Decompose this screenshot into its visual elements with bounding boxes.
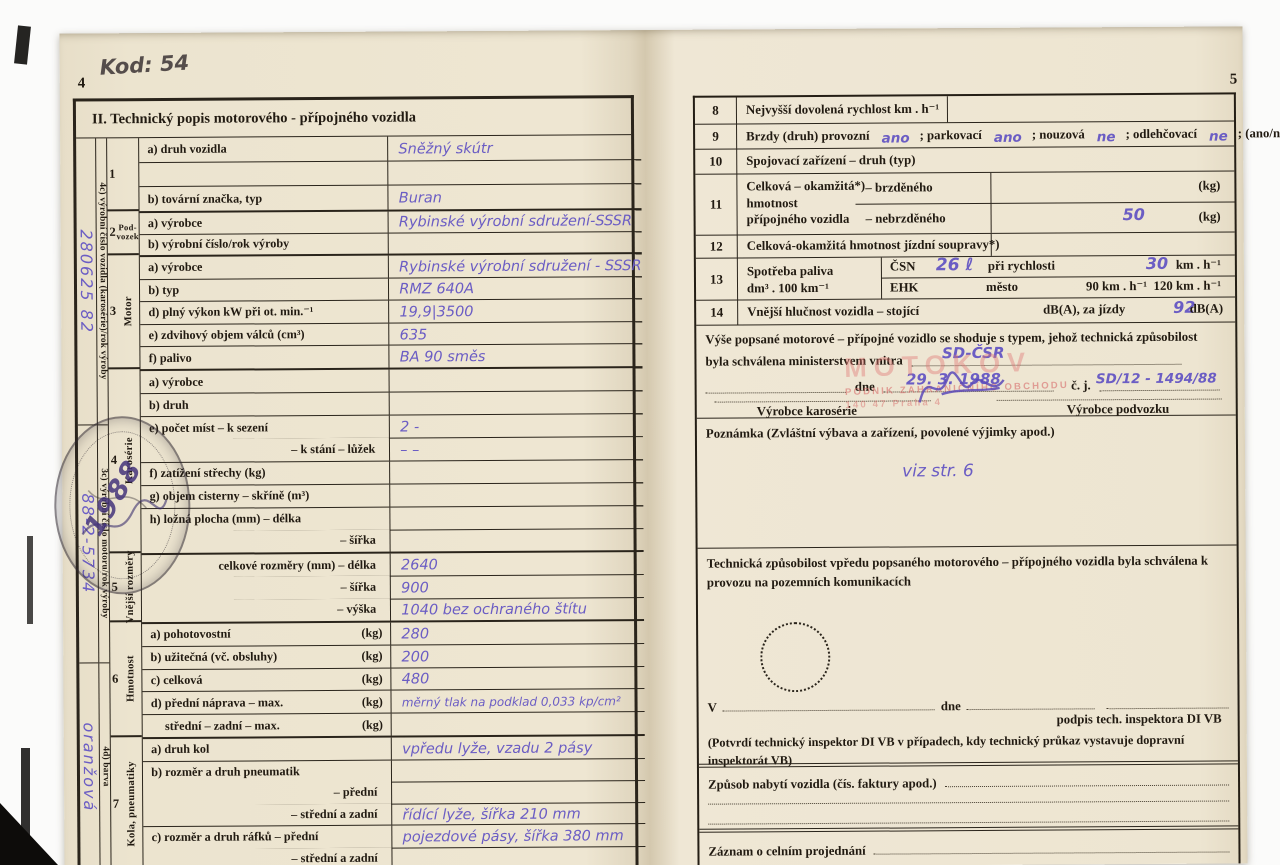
table-row: a) druh kolvpředu lyže, vzadu 2 pásy	[143, 736, 644, 761]
row-8-label: Nejvyšší dovolená rychlost km . h⁻¹	[746, 102, 939, 118]
section-cell-2: 2Pod-vozek	[107, 211, 139, 255]
table-row	[140, 159, 642, 187]
row-value-cell: 200	[390, 644, 643, 667]
cj-label: č. j.	[1071, 378, 1091, 392]
row-handwritten-value: Buran	[399, 190, 442, 206]
ehk-120-label: 120 km . h⁻¹	[1153, 279, 1221, 294]
customs-line: Záznam o celním projednání	[708, 837, 1229, 861]
row-label: a) pohotovostní	[150, 627, 230, 642]
row-9-number: 9	[695, 124, 737, 148]
table-row: d) přední náprava – max.(kg)měrný tlak n…	[143, 688, 644, 714]
row-handwritten-value: Sněžný skútr	[398, 141, 492, 158]
csn-value: 26 ℓ	[936, 255, 974, 275]
row-label-cell: celkové rozměry (mm) – délka	[142, 554, 390, 578]
margin-printed-label: 4c) výrobní číslo vozidla (karosérie)/ro…	[96, 183, 107, 380]
row-11-number: 11	[695, 174, 737, 234]
row-label-cell: e) počet míst – k sezení	[141, 416, 389, 440]
csn-unit: km . h⁻¹	[1176, 258, 1221, 273]
row-handwritten-value: Rybinské výrobní sdružení - SSSR	[399, 258, 641, 275]
row-label: – střední a zadní	[291, 806, 377, 822]
row-label-cell: a) výrobce	[140, 212, 388, 234]
row-handwritten-value: 200	[401, 649, 429, 665]
row-label: a) výrobce	[148, 216, 202, 231]
row-label-cell: – střední a zadní	[144, 847, 392, 865]
section-name: Motor	[123, 296, 134, 326]
row-value-cell	[389, 391, 642, 415]
row-label: b) typ	[148, 283, 179, 298]
row-value-cell	[389, 368, 642, 392]
table-row: – střední a zadnířídící lyže, šířka 210 …	[143, 802, 644, 827]
table-row: – k stání – lůžek– –	[141, 436, 642, 461]
row-label-cell: b) druh	[141, 393, 389, 417]
brake-answer-hand: ne	[1209, 128, 1228, 144]
row-value-cell: 635	[388, 322, 641, 345]
row-handwritten-value: pojezdové pásy, šířka 380 mm	[403, 828, 624, 845]
row-label: – přední	[334, 785, 378, 800]
margin-printed-cell: 4c) výrobní číslo vozidla (karosérie)/ro…	[96, 138, 108, 425]
section-rows-1: a) druh vozidlaSněžný skútrb) tovární zn…	[139, 135, 641, 211]
table-row: – šířka	[142, 528, 643, 553]
row-label-cell: – šířka	[142, 576, 390, 600]
csn-label: ČSN	[890, 259, 916, 274]
row-handwritten-value: 1040 bez ochraného štítu	[401, 602, 587, 619]
section-number: 2	[109, 225, 115, 240]
table-row: b) tovární značka, typBuran	[140, 183, 642, 211]
row-11-label-l2: hmotnost	[746, 194, 865, 211]
row-label-cell: b) užitečná (vč. obsluhy)(kg)	[142, 645, 390, 668]
row-10-label: Spojovací zařízení – druh (typ)	[746, 153, 915, 169]
noise-unit: dB(A)	[1190, 302, 1224, 317]
row-label: f) palivo	[149, 350, 192, 365]
unbraked-value: 50	[1123, 205, 1145, 224]
row-12-number: 12	[696, 235, 738, 257]
margin-hand-cell: 280625 82	[76, 138, 97, 425]
row-label-cell: a) druh vozidla	[139, 137, 387, 162]
section-rows-6: a) pohotovostní(kg)280b) užitečná (vč. o…	[142, 619, 644, 737]
row-handwritten-value: 2640	[401, 557, 438, 573]
row-label-cell: – střední a zadní	[143, 803, 391, 826]
section-cell-7: 7Kola, pneumatiky	[111, 737, 143, 865]
row-label-cell: g) objem cisterny – skříně (m³)	[141, 484, 389, 508]
row-label-cell: f) zatížení střechy (kg)	[141, 461, 389, 485]
row-label: f) zatížení střechy (kg)	[149, 465, 265, 481]
dne-label: dne	[855, 380, 875, 394]
row-value-cell: pojezdové pásy, šířka 380 mm	[392, 824, 645, 847]
row-label: – výška	[337, 602, 376, 617]
row-value-cell: 480	[391, 667, 644, 690]
braked-unit: (kg)	[1198, 179, 1220, 194]
row-value-cell: 280	[390, 621, 643, 644]
ehk-label: EHK	[890, 280, 919, 295]
row-value-cell: Buran	[388, 184, 641, 209]
row-label: b) výrobní číslo/rok výroby	[148, 236, 289, 252]
margin-printed-cell: 3c) výrobní číslo motoru/rok výroby	[98, 425, 109, 663]
row-14: 14 Vnější hlučnost vozidla – stojící dB(…	[696, 296, 1235, 324]
row-label-cell: – k stání – lůžek	[141, 438, 389, 462]
unbraked-label: – nebrzděného	[866, 211, 946, 226]
approval-section: Technická způsobilost vpředu popsaného m…	[698, 544, 1238, 763]
row-label-cell: c) rozměr a druh ráfků – přední	[144, 826, 392, 849]
row-label-cell: e) zdvihový objem válců (cm³)	[141, 323, 389, 346]
section-cell-3: 3Motor	[108, 255, 140, 369]
row-11-hdivider	[856, 201, 1235, 204]
paper-spread: 4 Kod: 54 II. Technický popis motorového…	[59, 26, 1247, 865]
acquisition-label: Způsob nabytí vozidla (čís. faktury apod…	[708, 774, 937, 794]
cj-dotted-line: SD/12 - 1494/88	[1100, 376, 1220, 392]
row-value-cell: řídící lyže, šířka 210 mm	[391, 802, 644, 825]
row-label-cell: a) pohotovostní(kg)	[142, 623, 390, 646]
row-label: b) užitečná (vč. obsluhy)	[150, 649, 277, 665]
row-label: e) zdvihový objem válců (cm³)	[149, 327, 305, 343]
section-name: Hmotnost	[125, 655, 136, 702]
margin-printed-label: 4d) barva	[100, 747, 110, 787]
row-13-number: 13	[696, 258, 738, 299]
row-8-number: 8	[695, 97, 737, 123]
row-label: b) tovární značka, typ	[148, 191, 263, 207]
row-label-cell: – výška	[142, 598, 390, 622]
noise-label: Vnější hlučnost vozidla – stojící	[747, 304, 919, 320]
margin-handwritten-value: 88-2-5734	[78, 493, 98, 594]
row-label-cell: b) výrobní číslo/rok výroby	[140, 233, 388, 255]
table-row: f) palivoBA 90 směs	[141, 343, 642, 369]
row-value-cell: 2 -	[389, 414, 642, 438]
row-value-cell: Rybinské výrobní sdružení - SSSR	[388, 254, 641, 277]
row-label: h) ložná plocha (mm) – délka	[150, 511, 301, 527]
left-technical-table: II. Technický popis motorového - přípojn…	[73, 95, 639, 865]
margin-hand-cell: 88-2-5734	[78, 425, 98, 663]
approval-dne-label: dne	[941, 697, 961, 716]
row-handwritten-value: řídící lyže, šířka 210 mm	[402, 806, 580, 823]
left-table-rows: a) druh vozidlaSněžný skútrb) tovární zn…	[139, 135, 645, 865]
maker-body-dotted-line	[715, 400, 931, 402]
fuel-label-l1: Spotřeba paliva	[747, 263, 834, 280]
table-row: celkové rozměry (mm) – délka2640	[142, 552, 643, 577]
section-number: 7	[113, 796, 119, 811]
table-row: b) druh	[141, 390, 642, 416]
table-row: střední – zadní – max.(kg)	[143, 711, 644, 737]
customs-section: Záznam o celním projednání	[699, 825, 1238, 865]
row-9-content: Brzdy (druh) provozníano; parkovacíano; …	[737, 121, 1280, 148]
ehk-90-label: 90 km . h⁻¹	[1086, 279, 1147, 294]
table-row: – šířka900	[142, 574, 643, 599]
section-rows-3: a) výrobceRybinské výrobní sdružení - SS…	[140, 252, 642, 369]
row-handwritten-value: 480	[402, 672, 430, 688]
row-label-cell: b) rozměr a druh pneumatik	[143, 760, 391, 783]
row-value-cell	[391, 712, 644, 735]
row-unit: (kg)	[362, 672, 383, 687]
acquisition-dotted-3	[708, 820, 1229, 824]
acquisition-line: Způsob nabytí vozidla (čís. faktury apod…	[708, 770, 1229, 794]
row-label-cell: f) palivo	[141, 346, 389, 369]
row-10-number: 10	[695, 149, 737, 173]
section-rows-5: celkové rozměry (mm) – délka2640– šířka9…	[142, 550, 644, 622]
table-row: a) pohotovostní(kg)280	[142, 621, 643, 646]
brake-label-part: ; parkovací	[920, 127, 982, 142]
unbraked-unit: (kg)	[1199, 210, 1221, 225]
row-value-cell: 900	[390, 574, 643, 598]
table-row: c) rozměr a druh ráfků – přednípojezdové…	[144, 823, 645, 849]
margin-hand-cell: oranžová	[79, 663, 99, 865]
row-value-cell	[391, 780, 644, 803]
row-8-content: Nejvyšší dovolená rychlost km . h⁻¹	[737, 94, 1234, 123]
section-cell-5: 5Vnější rozměry	[109, 553, 141, 622]
row-label: a) výrobce	[148, 260, 202, 275]
row-11-label: Celková – okamžitá*) hmotnost přípojného…	[746, 178, 865, 229]
scan-artifact-top-left	[14, 25, 31, 64]
signature-caption: podpis tech. inspektora DI VB	[1057, 712, 1222, 728]
row-11-label-l1: Celková – okamžitá*)	[746, 178, 865, 195]
table-row: d) plný výkon kW při ot. min.⁻¹19,9|3500	[140, 298, 641, 324]
row-unit: (kg)	[362, 694, 383, 709]
row-value-cell	[389, 460, 642, 484]
section-rows-4: a) výrobceb) druhe) počet míst – k sezen…	[141, 366, 643, 553]
ehk-city-label: město	[986, 280, 1018, 295]
maker-chassis-dotted-line	[997, 399, 1222, 401]
row-label: b) druh	[149, 398, 189, 413]
row-value-cell: RMZ 640A	[388, 277, 641, 300]
section-rows-2: a) výrobceRybinské výrobní sdružení-SSSR…	[140, 208, 642, 255]
table-row: c) celková(kg)480	[143, 666, 644, 692]
row-12-divider	[991, 234, 992, 256]
row-value-cell: – –	[389, 436, 642, 460]
note-handwritten: viz str. 6	[902, 461, 974, 481]
brake-label-part: ; nouzová	[1032, 127, 1085, 142]
row-label-cell: d) plný výkon kW při ot. min.⁻¹	[140, 301, 388, 324]
brakes-line: Brzdy (druh) provozníano; parkovacíano; …	[737, 121, 1280, 148]
acquisition-section: Způsob nabytí vozidla (čís. faktury apod…	[699, 760, 1238, 828]
row-11: 11 Celková – okamžitá*) hmotnost přípojn…	[695, 170, 1234, 234]
row-label-cell: a) výrobce	[141, 370, 389, 394]
row-value-cell	[391, 759, 644, 782]
section-cell-6: 6Hmotnost	[110, 622, 142, 737]
row-handwritten-value: 2 -	[400, 420, 419, 436]
fuel-label: Spotřeba paliva dm³ . 100 km⁻¹	[747, 263, 834, 297]
brake-label-part: Brzdy (druh) provozní	[746, 128, 870, 144]
margin-handwritten-value: oranžová	[80, 722, 100, 812]
row-handwritten-value: – –	[400, 442, 419, 458]
row-label-cell: h) ložná plocha (mm) – délka	[142, 507, 390, 531]
table-row: e) zdvihový objem válců (cm³)635	[140, 321, 641, 347]
row-unit: (kg)	[361, 626, 382, 641]
brake-answer-hand: ne	[1097, 129, 1116, 145]
csn-speed-value: 30	[1146, 254, 1168, 273]
v-label: V	[708, 699, 717, 718]
fuel-label-l2: dm³ . 100 km⁻¹	[747, 280, 834, 297]
table-row: b) typRMZ 640A	[140, 276, 641, 302]
section-name: Vnější rozměry	[125, 550, 136, 623]
row-label: – šířka	[340, 580, 376, 595]
row-value-cell	[389, 483, 642, 507]
customs-label: Záznam o celním projednání	[708, 842, 865, 862]
section-name: Pod-vozek	[116, 223, 139, 242]
brake-answer-hand: ano	[994, 130, 1022, 146]
table-row: a) druh vozidlaSněžný skútr	[139, 135, 640, 162]
row-11-content: Celková – okamžitá*) hmotnost přípojného…	[737, 171, 1234, 234]
section-number: 6	[112, 671, 118, 686]
row-value-cell: Rybinské výrobní sdružení-SSSR	[388, 210, 641, 232]
place-dotted-line	[706, 378, 846, 394]
row-value-cell: vpředu lyže, vzadu 2 pásy	[391, 736, 644, 759]
row-handwritten-value: Rybinské výrobní sdružení-SSSR	[399, 213, 632, 230]
section-name: Karosérie	[124, 437, 135, 484]
row-label-cell: – přední	[143, 782, 391, 805]
conformity-line2-prefix: byla schválena ministerstvem vnitra	[705, 353, 902, 368]
row-value-cell: Sněžný skútr	[387, 135, 640, 160]
noise-mid-label: dB(A), za jízdy	[1043, 302, 1125, 318]
braked-label: – brzděného	[865, 180, 932, 195]
row-10: 10 Spojovací zařízení – druh (typ)	[695, 145, 1234, 173]
table-row: – přední	[143, 780, 644, 805]
row-handwritten-value: vpředu lyže, vzadu 2 pásy	[402, 740, 592, 757]
table-row: h) ložná plocha (mm) – délka	[142, 505, 643, 531]
section-number: 3	[110, 304, 116, 319]
row-9: 9 Brzdy (druh) provozníano; parkovacíano…	[695, 120, 1234, 148]
row-value-cell	[390, 506, 643, 530]
row-label-cell: – šířka	[142, 529, 390, 553]
acquisition-dotted-2	[708, 800, 1229, 804]
row-handwritten-value: 19,9|3500	[399, 304, 473, 320]
left-table-title: II. Technický popis motorového - přípojn…	[76, 98, 631, 138]
row-label: celkové rozměry (mm) – délka	[218, 557, 376, 573]
row-label: – k stání – lůžek	[291, 442, 375, 458]
section-number: 4	[111, 453, 117, 468]
right-table: 8 Nejvyšší dovolená rychlost km . h⁻¹ 9 …	[693, 92, 1241, 865]
table-row: g) objem cisterny – skříně (m³)	[141, 482, 642, 508]
scanned-document: 4 Kod: 54 II. Technický popis motorového…	[0, 0, 1280, 865]
row-value-cell: BA 90 směs	[389, 344, 642, 367]
approval-text: Technická způsobilost vpředu popsaného m…	[707, 551, 1228, 591]
row-handwritten-value: BA 90 směs	[400, 349, 486, 366]
row-value-cell: 19,9|3500	[388, 299, 641, 322]
row-label: e) počet míst – k sezení	[149, 420, 268, 436]
row-12-label: Celková-okamžitá hmotnost jízdní souprav…	[747, 237, 1000, 254]
row-label-cell: b) tovární značka, typ	[140, 186, 388, 211]
table-row: – výška1040 bez ochraného štítu	[142, 597, 643, 622]
row-unit: (kg)	[361, 649, 382, 664]
row-label-cell: a) druh kol	[143, 738, 391, 761]
stamp-placeholder-circle	[760, 622, 830, 692]
brake-label-part: ; (ano/ne)	[1238, 126, 1280, 141]
row-10-content: Spojovací zařízení – druh (typ)	[737, 146, 1234, 173]
page-number-right: 5	[1230, 71, 1238, 88]
section-number-column: 12Pod-vozek3Motor4Karosérie5Vnější rozmě…	[107, 138, 144, 865]
left-table-body: 280625 8288-2-5734oranžová 4c) výrobní č…	[76, 135, 635, 865]
section-name: Kola, pneumatiky	[126, 761, 138, 846]
margin-printed-cell: 4d) barva	[99, 663, 110, 865]
table-row: b) užitečná (vč. obsluhy)(kg)200	[142, 643, 643, 669]
section-cell-4: 4Karosérie	[108, 369, 141, 553]
row-value-cell	[388, 160, 641, 185]
row-14-number: 14	[696, 300, 738, 324]
section-number: 1	[109, 166, 115, 181]
row-label: – střední a zadní	[291, 850, 377, 865]
table-row: a) výrobce	[141, 368, 642, 393]
cj-value: SD/12 - 1494/88	[1096, 370, 1217, 390]
note-section: Poznámka (Zvláštní výbava a zařízení, po…	[697, 414, 1237, 547]
row-label: g) objem cisterny – skříně (m³)	[150, 488, 310, 504]
row-unit: (kg)	[362, 717, 383, 732]
signature-scribble	[911, 358, 1011, 417]
row-label-cell: střední – zadní – max.(kg)	[143, 714, 391, 737]
row-8-divider	[947, 96, 948, 122]
signature-dotted-line	[1107, 693, 1229, 709]
row-label: – šířka	[340, 533, 376, 548]
row-value-cell	[388, 232, 641, 254]
row-label: a) druh kol	[151, 742, 209, 757]
v-dotted-line	[723, 695, 935, 711]
approval-dne-dotted	[967, 694, 1095, 710]
table-row: a) výrobceRybinské výrobní sdružení - SS…	[140, 254, 641, 279]
row-8: 8 Nejvyšší dovolená rychlost km . h⁻¹	[695, 94, 1234, 123]
row-13-content: Spotřeba paliva dm³ . 100 km⁻¹ ČSN 26 ℓ …	[738, 255, 1235, 299]
row-label-cell: d) přední náprava – max.(kg)	[143, 691, 391, 714]
row-label: a) výrobce	[149, 374, 203, 389]
row-value-cell	[392, 846, 645, 865]
table-row: b) rozměr a druh pneumatik	[143, 758, 644, 784]
table-row: e) počet míst – k sezení2 -	[141, 413, 642, 439]
row-value-cell	[390, 528, 643, 552]
table-row: f) zatížení střechy (kg)	[141, 459, 642, 485]
row-label: střední – zadní – max.	[165, 718, 280, 734]
table-row: – střední a zadní	[144, 846, 645, 865]
table-row: b) výrobní číslo/rok výroby	[140, 231, 641, 256]
section-number: 5	[112, 579, 118, 594]
row-handwritten-value: 635	[400, 327, 428, 343]
row-value-cell: 1040 bez ochraného štítu	[390, 597, 643, 621]
row-label: d) plný výkon kW při ot. min.⁻¹	[148, 305, 313, 321]
row-handwritten-value: 280	[401, 626, 429, 642]
handwritten-code: Kod: 54	[99, 51, 190, 80]
row-11-label-l3: přípojného vozidla	[747, 211, 866, 228]
customs-dotted	[874, 837, 1230, 854]
row-value-cell: 2640	[390, 552, 643, 576]
row-label: c) rozměr a druh ráfků – přední	[152, 829, 319, 845]
page-number-left: 4	[78, 75, 86, 92]
brake-answer-hand: ano	[882, 130, 910, 146]
note-label: Poznámka (Zvláštní výbava a zařízení, po…	[706, 421, 1227, 443]
row-label: b) rozměr a druh pneumatik	[151, 764, 300, 780]
margin-handwritten-value: 280625 82	[77, 229, 97, 334]
row-handwritten-value: 900	[401, 580, 429, 596]
row-label-cell: b) typ	[140, 278, 388, 301]
row-13: 13 Spotřeba paliva dm³ . 100 km⁻¹ ČSN 26…	[696, 254, 1235, 299]
row-label-cell: c) celková(kg)	[143, 668, 391, 691]
row-value-cell: měrný tlak na podklad 0,033 kp/cm²	[391, 689, 644, 712]
row-label-cell	[140, 161, 388, 186]
margin-printed-label: 3c) výrobní číslo motoru/rok výroby	[98, 469, 109, 619]
section-rows-7: a) druh kolvpředu lyže, vzadu 2 pásyb) r…	[143, 734, 645, 865]
row-handwritten-value: měrný tlak na podklad 0,033 kp/cm²	[402, 694, 621, 709]
row-label: a) druh vozidla	[147, 142, 226, 157]
row-label-cell: a) výrobce	[140, 256, 388, 279]
row-handwritten-value: RMZ 640A	[399, 281, 474, 297]
row-label: d) přední náprava – max.	[151, 695, 283, 711]
csn-mid-label: při rychlosti	[988, 259, 1055, 274]
section-cell-1: 1	[107, 138, 139, 211]
scan-artifact-left-edge	[27, 536, 33, 624]
row-14-content: Vnější hlučnost vozidla – stojící dB(A),…	[738, 297, 1235, 324]
row-label: c) celková	[151, 673, 203, 688]
acquisition-dotted	[945, 770, 1229, 787]
brake-label-part: ; odlehčovací	[1125, 126, 1197, 141]
